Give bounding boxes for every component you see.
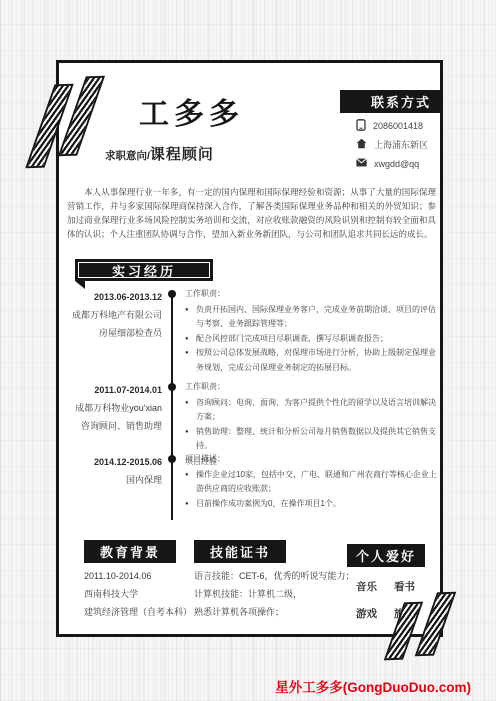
hobbies-section-title: 个人爱好 <box>356 546 416 565</box>
job-intention: 求职意向/课程顾问 <box>105 143 214 164</box>
education-major: 建筑经济管理（自考本科） <box>84 603 192 621</box>
skill-line: 熟悉计算机各项操作； <box>194 603 355 621</box>
timeline-dot <box>168 290 176 298</box>
experience-bullet: 销售助理：整理、统计和分析公司每月销售数据以及提供其它销售支持。 <box>185 425 441 454</box>
experience-period: 2014.12-2015.06 <box>59 453 162 471</box>
hobby-item: 音乐 <box>356 579 377 594</box>
experience-company: 成都万科地产有限公司 <box>59 306 162 324</box>
experience-bullet: 负责开拓国内、国际保理业务客户，完成业务前期洽谈、项目的评估与考察、业务跟踪管理… <box>185 303 441 332</box>
job-intention-value: 课程顾问 <box>150 146 214 163</box>
experience-company: 成都万科物业you'xian <box>59 399 162 417</box>
timeline-line <box>171 292 173 520</box>
experience-section-header: 实习经历 <box>75 259 213 281</box>
experience-bullet: 目前操作成功案例为0，在操作项目1个。 <box>185 497 441 512</box>
profile-summary: 本人从事保理行业一年多，有一定的国内保理和国际保理经验和资源；从事了大量的国际保… <box>67 185 436 241</box>
experience-role: 咨询顾问、销售助理 <box>59 417 162 435</box>
mail-icon <box>356 158 367 169</box>
skills-section-header: 技能证书 <box>194 540 286 563</box>
experience-period: 2011.07-2014.01 <box>59 381 162 399</box>
email-text: xwgdd@qq <box>374 159 419 169</box>
contact-section-header: 联系方式 <box>340 90 440 113</box>
contact-list: 2086001418 上海浦东新区 xwgdd@qq <box>356 116 440 173</box>
timeline-dot <box>168 455 176 463</box>
experience-duty-heading: 工作职责： <box>185 287 441 302</box>
watermark-brand-text: 星外工多多(GongDuoDuo.com) <box>275 676 471 696</box>
education-details: 2011.10-2014.06 西南科技大学 建筑经济管理（自考本科） <box>84 567 192 621</box>
home-icon <box>356 138 367 151</box>
experience-entry-meta: 2014.12-2015.06 国内保理 <box>59 453 162 489</box>
experience-entry-detail: 项目描述： 操作企业过10家，包括中交、广电、联通和广州农商行等核心企业上游供应… <box>185 452 441 511</box>
experience-bullet: 操作企业过10家，包括中交、广电、联通和广州农商行等核心企业上游供应商的应收账款… <box>185 468 441 497</box>
contact-row-phone: 2086001418 <box>356 116 440 135</box>
job-intention-label: 求职意向/ <box>105 150 150 162</box>
candidate-name: 工多多 <box>139 89 244 133</box>
phone-number: 2086001418 <box>373 121 423 131</box>
education-school: 西南科技大学 <box>84 585 192 603</box>
contact-section-title: 联系方式 <box>371 92 431 111</box>
experience-company: 国内保理 <box>59 471 162 489</box>
experience-entry-detail: 工作职责： 负责开拓国内、国际保理业务客户，完成业务前期洽谈、项目的评估与考察、… <box>185 287 441 375</box>
skill-line: 计算机技能：计算机二级， <box>194 585 355 603</box>
resume-card: 工多多 求职意向/课程顾问 联系方式 2086001418 上海浦东新区 xwg… <box>56 60 443 637</box>
contact-row-email: xwgdd@qq <box>356 154 440 173</box>
phone-icon <box>356 119 366 133</box>
experience-bullet: 咨询顾问：电询、面询、为客户提供个性化的留学以及语言培训解决方案； <box>185 396 441 425</box>
contact-row-address: 上海浦东新区 <box>356 135 440 154</box>
hatch-quote-marks-bottom-right <box>394 592 445 660</box>
skills-section-title: 技能证书 <box>210 542 270 561</box>
experience-duty-heading: 工作职责： <box>185 380 441 395</box>
education-section-title: 教育背景 <box>100 542 160 561</box>
experience-bullet: 按照公司总体发展战略，对保理市场进行分析，协助上级制定保理业务规划，完成公司保理… <box>185 346 441 375</box>
resume-page: 工多多 求职意向/课程顾问 联系方式 2086001418 上海浦东新区 xwg… <box>0 0 496 701</box>
experience-period: 2013.06-2013.12 <box>59 288 162 306</box>
education-period: 2011.10-2014.06 <box>84 567 192 585</box>
skills-details: 语言技能：CET-6，优秀的听说写能力； 计算机技能：计算机二级， 熟悉计算机各… <box>194 567 355 621</box>
experience-entry-meta: 2011.07-2014.01 成都万科物业you'xian 咨询顾问、销售助理 <box>59 381 162 435</box>
experience-entry-meta: 2013.06-2013.12 成都万科地产有限公司 房屋细部检查员 <box>59 288 162 342</box>
experience-duty-heading: 项目描述： <box>185 452 441 467</box>
hatch-quote-marks-top-left <box>40 76 91 168</box>
experience-role: 房屋细部检查员 <box>59 324 162 342</box>
hobbies-section-header: 个人爱好 <box>347 544 425 567</box>
hobby-item: 游戏 <box>356 606 377 621</box>
education-section-header: 教育背景 <box>84 540 176 563</box>
address-text: 上海浦东新区 <box>374 138 428 151</box>
skill-line: 语言技能：CET-6，优秀的听说写能力； <box>194 567 355 585</box>
experience-section-title: 实习经历 <box>112 261 176 280</box>
timeline-dot <box>168 383 176 391</box>
experience-bullet: 配合风控部门完成项目尽职调查，撰写尽职调查报告； <box>185 332 441 347</box>
